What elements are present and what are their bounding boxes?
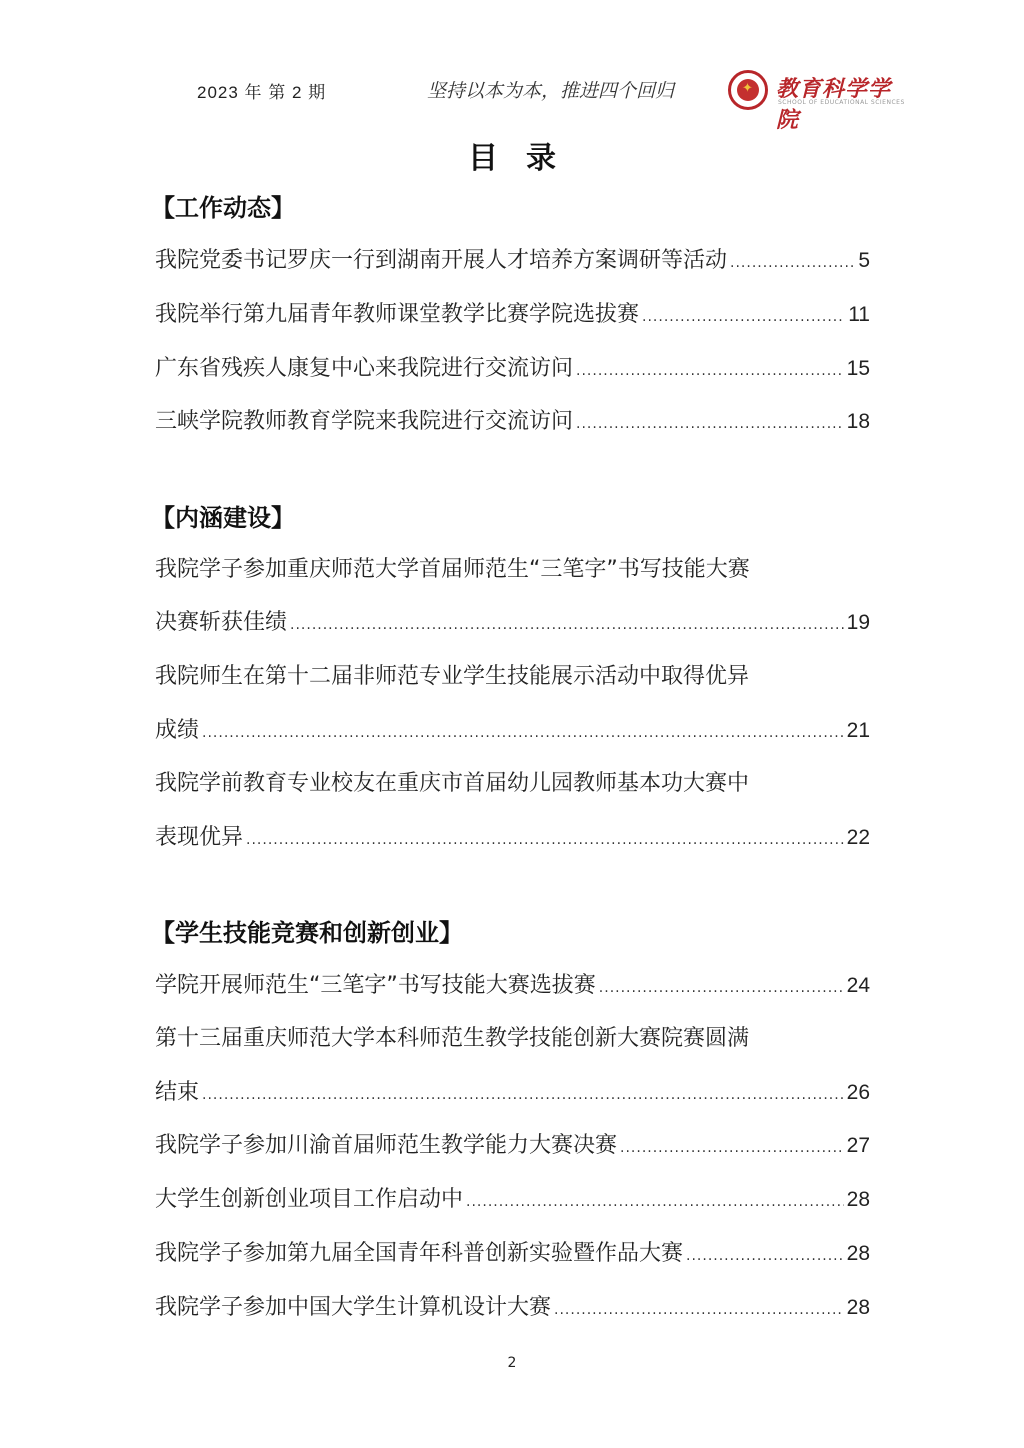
leader-dots (686, 1248, 844, 1264)
entry-title: 我院举行第九届青年教师课堂教学比赛学院选拔赛 (155, 297, 639, 328)
entry-page: 28 (847, 1296, 870, 1320)
section-heading: 【工作动态】 (151, 188, 295, 223)
entry-title: 我院学子参加中国大学生计算机设计大赛 (155, 1290, 551, 1321)
entry-title: 结束 (155, 1075, 199, 1106)
entry-title: 三峡学院教师教育学院来我院进行交流访问 (155, 404, 573, 435)
entry-page: 28 (847, 1188, 870, 1212)
leader-dots (642, 309, 845, 325)
leader-dots (246, 832, 844, 848)
entry-page: 18 (847, 410, 870, 434)
toc-entry[interactable]: 我院举行第九届青年教师课堂教学比赛学院选拔赛11 (155, 297, 870, 327)
toc-entry[interactable]: 表现优异22 (155, 820, 870, 850)
entry-page: 11 (848, 303, 870, 327)
issue-label: 2023 年 第 2 期 (197, 78, 326, 103)
toc-entry[interactable]: 我院学子参加中国大学生计算机设计大赛28 (155, 1290, 870, 1320)
entry-title: 我院学子参加川渝首届师范生教学能力大赛决赛 (155, 1128, 617, 1159)
leader-dots (576, 363, 844, 379)
entry-title: 成绩 (155, 713, 199, 744)
entry-page: 21 (847, 719, 870, 743)
school-logo: ✦ 教育科学学院 SCHOOL OF EDUCATIONAL SCIENCES (728, 70, 908, 114)
entry-title: 学院开展师范生“三笔字”书写技能大赛选拔赛 (155, 968, 596, 999)
toc-entry[interactable]: 结束26 (155, 1075, 870, 1105)
toc-entry[interactable]: 我院学子参加第九届全国青年科普创新实验暨作品大赛28 (155, 1236, 870, 1266)
section-heading: 【内涵建设】 (151, 498, 295, 533)
logo-emblem-icon: ✦ (728, 70, 768, 110)
section-heading: 【学生技能竞赛和创新创业】 (151, 913, 463, 948)
entry-page: 19 (847, 611, 870, 635)
leader-dots (599, 980, 844, 996)
page-header: 2023 年 第 2 期 坚持以本为本，推进四个回归 ✦ 教育科学学院 SCHO… (0, 70, 1024, 110)
toc-entry[interactable]: 我院学子参加川渝首届师范生教学能力大赛决赛27 (155, 1128, 870, 1158)
leader-dots (290, 617, 844, 633)
entry-page: 27 (847, 1134, 870, 1158)
leader-dots (554, 1302, 844, 1318)
entry-title: 表现优异 (155, 820, 243, 851)
logo-text-en: SCHOOL OF EDUCATIONAL SCIENCES (778, 99, 905, 106)
entry-title: 我院党委书记罗庆一行到湖南开展人才培养方案调研等活动 (155, 243, 727, 274)
entry-title-line1[interactable]: 我院师生在第十二届非师范专业学生技能展示活动中取得优异 (155, 659, 749, 690)
entry-title-line1[interactable]: 我院学子参加重庆师范大学首届师范生“三笔字”书写技能大赛 (155, 552, 750, 583)
toc-entry[interactable]: 广东省残疾人康复中心来我院进行交流访问15 (155, 351, 870, 381)
leader-dots (202, 725, 844, 741)
entry-title-line1[interactable]: 第十三届重庆师范大学本科师范生教学技能创新大赛院赛圆满 (155, 1021, 749, 1052)
leader-dots (730, 255, 855, 271)
toc-entry[interactable]: 大学生创新创业项目工作启动中28 (155, 1182, 870, 1212)
entry-title: 我院学子参加第九届全国青年科普创新实验暨作品大赛 (155, 1236, 683, 1267)
entry-title: 决赛斩获佳绩 (155, 605, 287, 636)
entry-page: 5 (858, 249, 870, 273)
entry-page: 22 (847, 826, 870, 850)
leader-dots (576, 416, 844, 432)
entry-page: 28 (847, 1242, 870, 1266)
toc-entry[interactable]: 学院开展师范生“三笔字”书写技能大赛选拔赛24 (155, 968, 870, 998)
leader-dots (620, 1140, 844, 1156)
page-title: 目录 (0, 133, 1024, 177)
page-number: 2 (0, 1355, 1024, 1371)
toc-entry[interactable]: 决赛斩获佳绩19 (155, 605, 870, 635)
entry-title: 大学生创新创业项目工作启动中 (155, 1182, 463, 1213)
toc-entry[interactable]: 三峡学院教师教育学院来我院进行交流访问18 (155, 404, 870, 434)
leader-dots (202, 1087, 844, 1103)
leader-dots (466, 1194, 844, 1210)
entry-page: 24 (847, 974, 870, 998)
entry-page: 15 (847, 357, 870, 381)
entry-title-line1[interactable]: 我院学前教育专业校友在重庆市首届幼儿园教师基本功大赛中 (155, 766, 749, 797)
toc-entry[interactable]: 成绩21 (155, 713, 870, 743)
toc-entry[interactable]: 我院党委书记罗庆一行到湖南开展人才培养方案调研等活动5 (155, 243, 870, 273)
entry-page: 26 (847, 1081, 870, 1105)
entry-title: 广东省残疾人康复中心来我院进行交流访问 (155, 351, 573, 382)
slogan: 坚持以本为本，推进四个回归 (427, 76, 674, 103)
